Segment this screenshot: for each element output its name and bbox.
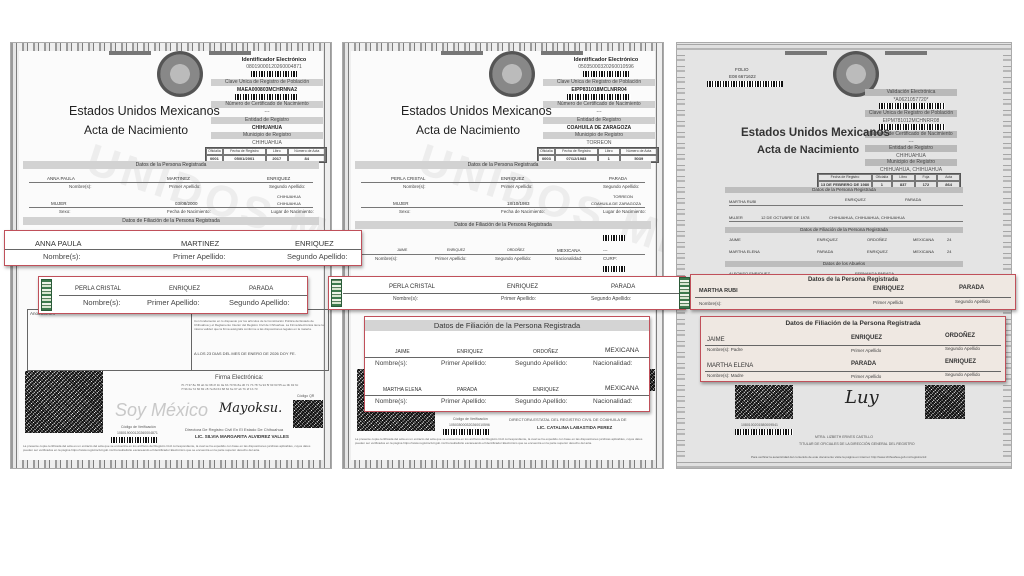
cert-number-value: --- [211, 109, 323, 115]
electronic-id-barcode [583, 71, 629, 77]
divider [365, 357, 649, 358]
document-title: Acta de Nacimiento [757, 144, 859, 156]
name-callout-perla-cristal: PERLA CRISTAL ENRIQUEZ PARADA Nombre(s):… [328, 276, 686, 310]
divider [365, 395, 649, 396]
curp-barcode [603, 266, 625, 272]
cert-number-label: Número de Certificado de Nacimiento [543, 101, 655, 108]
person-first-surname: ENRIQUEZ [501, 176, 524, 181]
national-crest-icon [157, 51, 203, 97]
municipality-label: Municipio de Registro [543, 132, 655, 139]
qr-code [925, 385, 965, 419]
electronic-id-label: Validación Electrónica [865, 89, 957, 96]
person-second-surname: PARADA [609, 176, 627, 181]
issue-date-text: A LOS 23 DIAS DEL MES DE ENERO DE 2026 D… [194, 351, 324, 357]
person-second-surname: ENRIQUEZ [267, 176, 290, 181]
municipality-label: Municipio de Registro [865, 159, 957, 166]
filiation-section: Datos de Filiación de la Persona Registr… [355, 221, 651, 229]
document-title: Acta de Nacimiento [84, 123, 188, 137]
country-title: Estados Unidos Mexicanos [741, 127, 890, 139]
verification-barcode [111, 437, 157, 443]
entity-label: Entidad de Registro [865, 145, 957, 152]
country-title: Estados Unidos Mexicanos [69, 104, 220, 118]
divider [29, 182, 313, 183]
crest-ornament-left [441, 51, 483, 77]
official-title: TITULAR DE OFICIALES DE LA DIRECCIÓN GEN… [799, 442, 915, 446]
birth-certificate-photo: FOLIO E08 6671622 Validación Electrónica… [676, 42, 1012, 469]
verification-code: 108019000120260004871 [117, 431, 158, 435]
crest-ornament-left [785, 51, 827, 77]
cert-number-label: Número de Certificado de Nacimiento [211, 101, 323, 108]
footer-legal-text: La presente copia certificada del acta e… [355, 437, 653, 449]
entity-value: CHIHUAHUA [211, 125, 323, 131]
person-sex: MUJER [51, 201, 67, 206]
crest-ornament-right [885, 51, 927, 77]
name-callout-anna-paula: ANNA PAULA MARTINEZ ENRIQUEZ Nombre(s): … [4, 230, 362, 266]
border-pattern-strip [41, 279, 52, 311]
signature-hash: 7b 7f 37 8e 65 ab 9c 68 2f 1b 0a 6b 70 5… [181, 383, 301, 395]
person-birth-date: 03/08/2000 [175, 201, 198, 206]
soy-mexico-logo: Soy México [115, 400, 208, 421]
official-name: LIC. SILVIA MARGARITA ALVIDREZ VALLES [195, 434, 289, 439]
electronic-id: 08019000120260004871 [219, 64, 329, 70]
official-name: MTRA. LIZBETH ERIVES CASTILLO [815, 435, 873, 439]
verification-qr-code [735, 385, 793, 419]
person-birth-date: 18/10/1983 [507, 201, 530, 206]
certificate-body: FOLIO E08 6671622 Validación Electrónica… [685, 51, 1003, 460]
folio-number: E08 6671622 [729, 74, 756, 79]
official-title: DIRECTORA ESTATAL DEL REGISTRO CIVIL DE … [509, 417, 627, 422]
footer-legal-text: La presente copia certificada del acta e… [23, 444, 321, 456]
curp-barcode [567, 94, 631, 100]
person-first-surname: MARTINEZ [167, 176, 190, 181]
divider [29, 207, 313, 208]
municipality-value: CHIHUAHUA [211, 140, 323, 146]
registered-person-section: Datos de la Persona Registrada [725, 187, 963, 193]
border-pattern-strip [679, 277, 690, 309]
divider [361, 254, 645, 255]
official-name: LIC. CATALINA LABASTIDA PEREZ [537, 425, 612, 430]
qr-code [293, 400, 323, 428]
footer-verification-text: Para verificar la autenticidad del conte… [751, 455, 926, 459]
municipality-label: Municipio de Registro [211, 132, 323, 139]
person-sex: MUJER [393, 201, 409, 206]
filiation-callout-coahuila: Datos de Filiación de la Persona Registr… [364, 316, 650, 412]
divider [5, 249, 361, 250]
divider [695, 297, 1011, 298]
verification-code: 1080100201580009541 [741, 423, 778, 427]
curp-barcode [235, 94, 299, 100]
divider [729, 205, 963, 206]
curp-value: MAEA000803MCHRNNA2 [211, 87, 323, 93]
curp-label: Clave Única de Registro de Población [865, 110, 957, 117]
divider [59, 295, 307, 296]
municipality-value: TORREON [543, 140, 655, 146]
country-title: Estados Unidos Mexicanos [401, 104, 552, 118]
name-callout-perla-cristal-inset: PERLA CRISTAL ENRIQUEZ PARADA Nombre(s):… [38, 276, 308, 314]
registered-person-section: Datos de la Persona Registrada [23, 161, 319, 169]
curp-label: Clave Única de Registro de Población [543, 79, 655, 86]
entity-label: Entidad de Registro [211, 117, 323, 124]
curp-value: EIPP831018MCLNRR04 [543, 87, 655, 93]
crest-ornament-left [109, 51, 151, 77]
name-callout-martha-rubi: Datos de la Persona Registrada MARTHA RU… [690, 274, 1016, 310]
curp-label: Clave Única de Registro de Población [211, 79, 323, 86]
folio-barcode [707, 81, 783, 87]
signature-label: Firma Electrónica: [215, 375, 263, 381]
person-given-name: PERLA CRISTAL [391, 176, 425, 181]
filiation-callout-photo: Datos de Filiación de la Persona Registr… [700, 316, 1006, 382]
electronic-id-barcode [251, 71, 297, 77]
verification-code: 105035000320260010596 [449, 423, 490, 427]
border-pattern-strip [331, 279, 342, 307]
electronic-id: 05035000320260010596 [551, 64, 661, 70]
divider [729, 221, 963, 222]
legal-text: Con fundamento en lo dispuesto por los a… [194, 319, 324, 341]
official-title: Directora De Registro Civil En El Estado… [185, 427, 283, 432]
curp-barcode [603, 235, 625, 241]
electronic-id-label: Identificador Electrónico [219, 57, 329, 63]
verification-barcode [735, 429, 793, 435]
electronic-id-barcode [879, 103, 945, 109]
entity-label: Entidad de Registro [543, 117, 655, 124]
filiation-section: Datos de Filiación de la Persona Registr… [23, 217, 319, 225]
person-given-name: ANNA PAULA [47, 176, 75, 181]
filiation-section: Datos de Filiación de la Persona Registr… [725, 227, 963, 233]
verification-barcode [443, 429, 489, 435]
divider [361, 182, 645, 183]
registered-person-section: Datos de la Persona Registrada [355, 161, 651, 169]
document-title: Acta de Nacimiento [416, 123, 520, 137]
national-crest-icon [489, 51, 535, 97]
folio-label: FOLIO [735, 67, 749, 72]
divider [361, 207, 645, 208]
cert-number-value: --- [543, 109, 655, 115]
official-signature: Luy [845, 387, 879, 408]
verification-qr-code [25, 371, 103, 433]
entity-value: COAHUILA DE ZARAGOZA [543, 125, 655, 131]
grandparents-section: Datos de los Abuelos [725, 261, 963, 267]
divider [343, 293, 685, 294]
official-signature: Mayoksu. [219, 401, 282, 416]
electronic-id-label: Identificador Electrónico [551, 57, 661, 63]
